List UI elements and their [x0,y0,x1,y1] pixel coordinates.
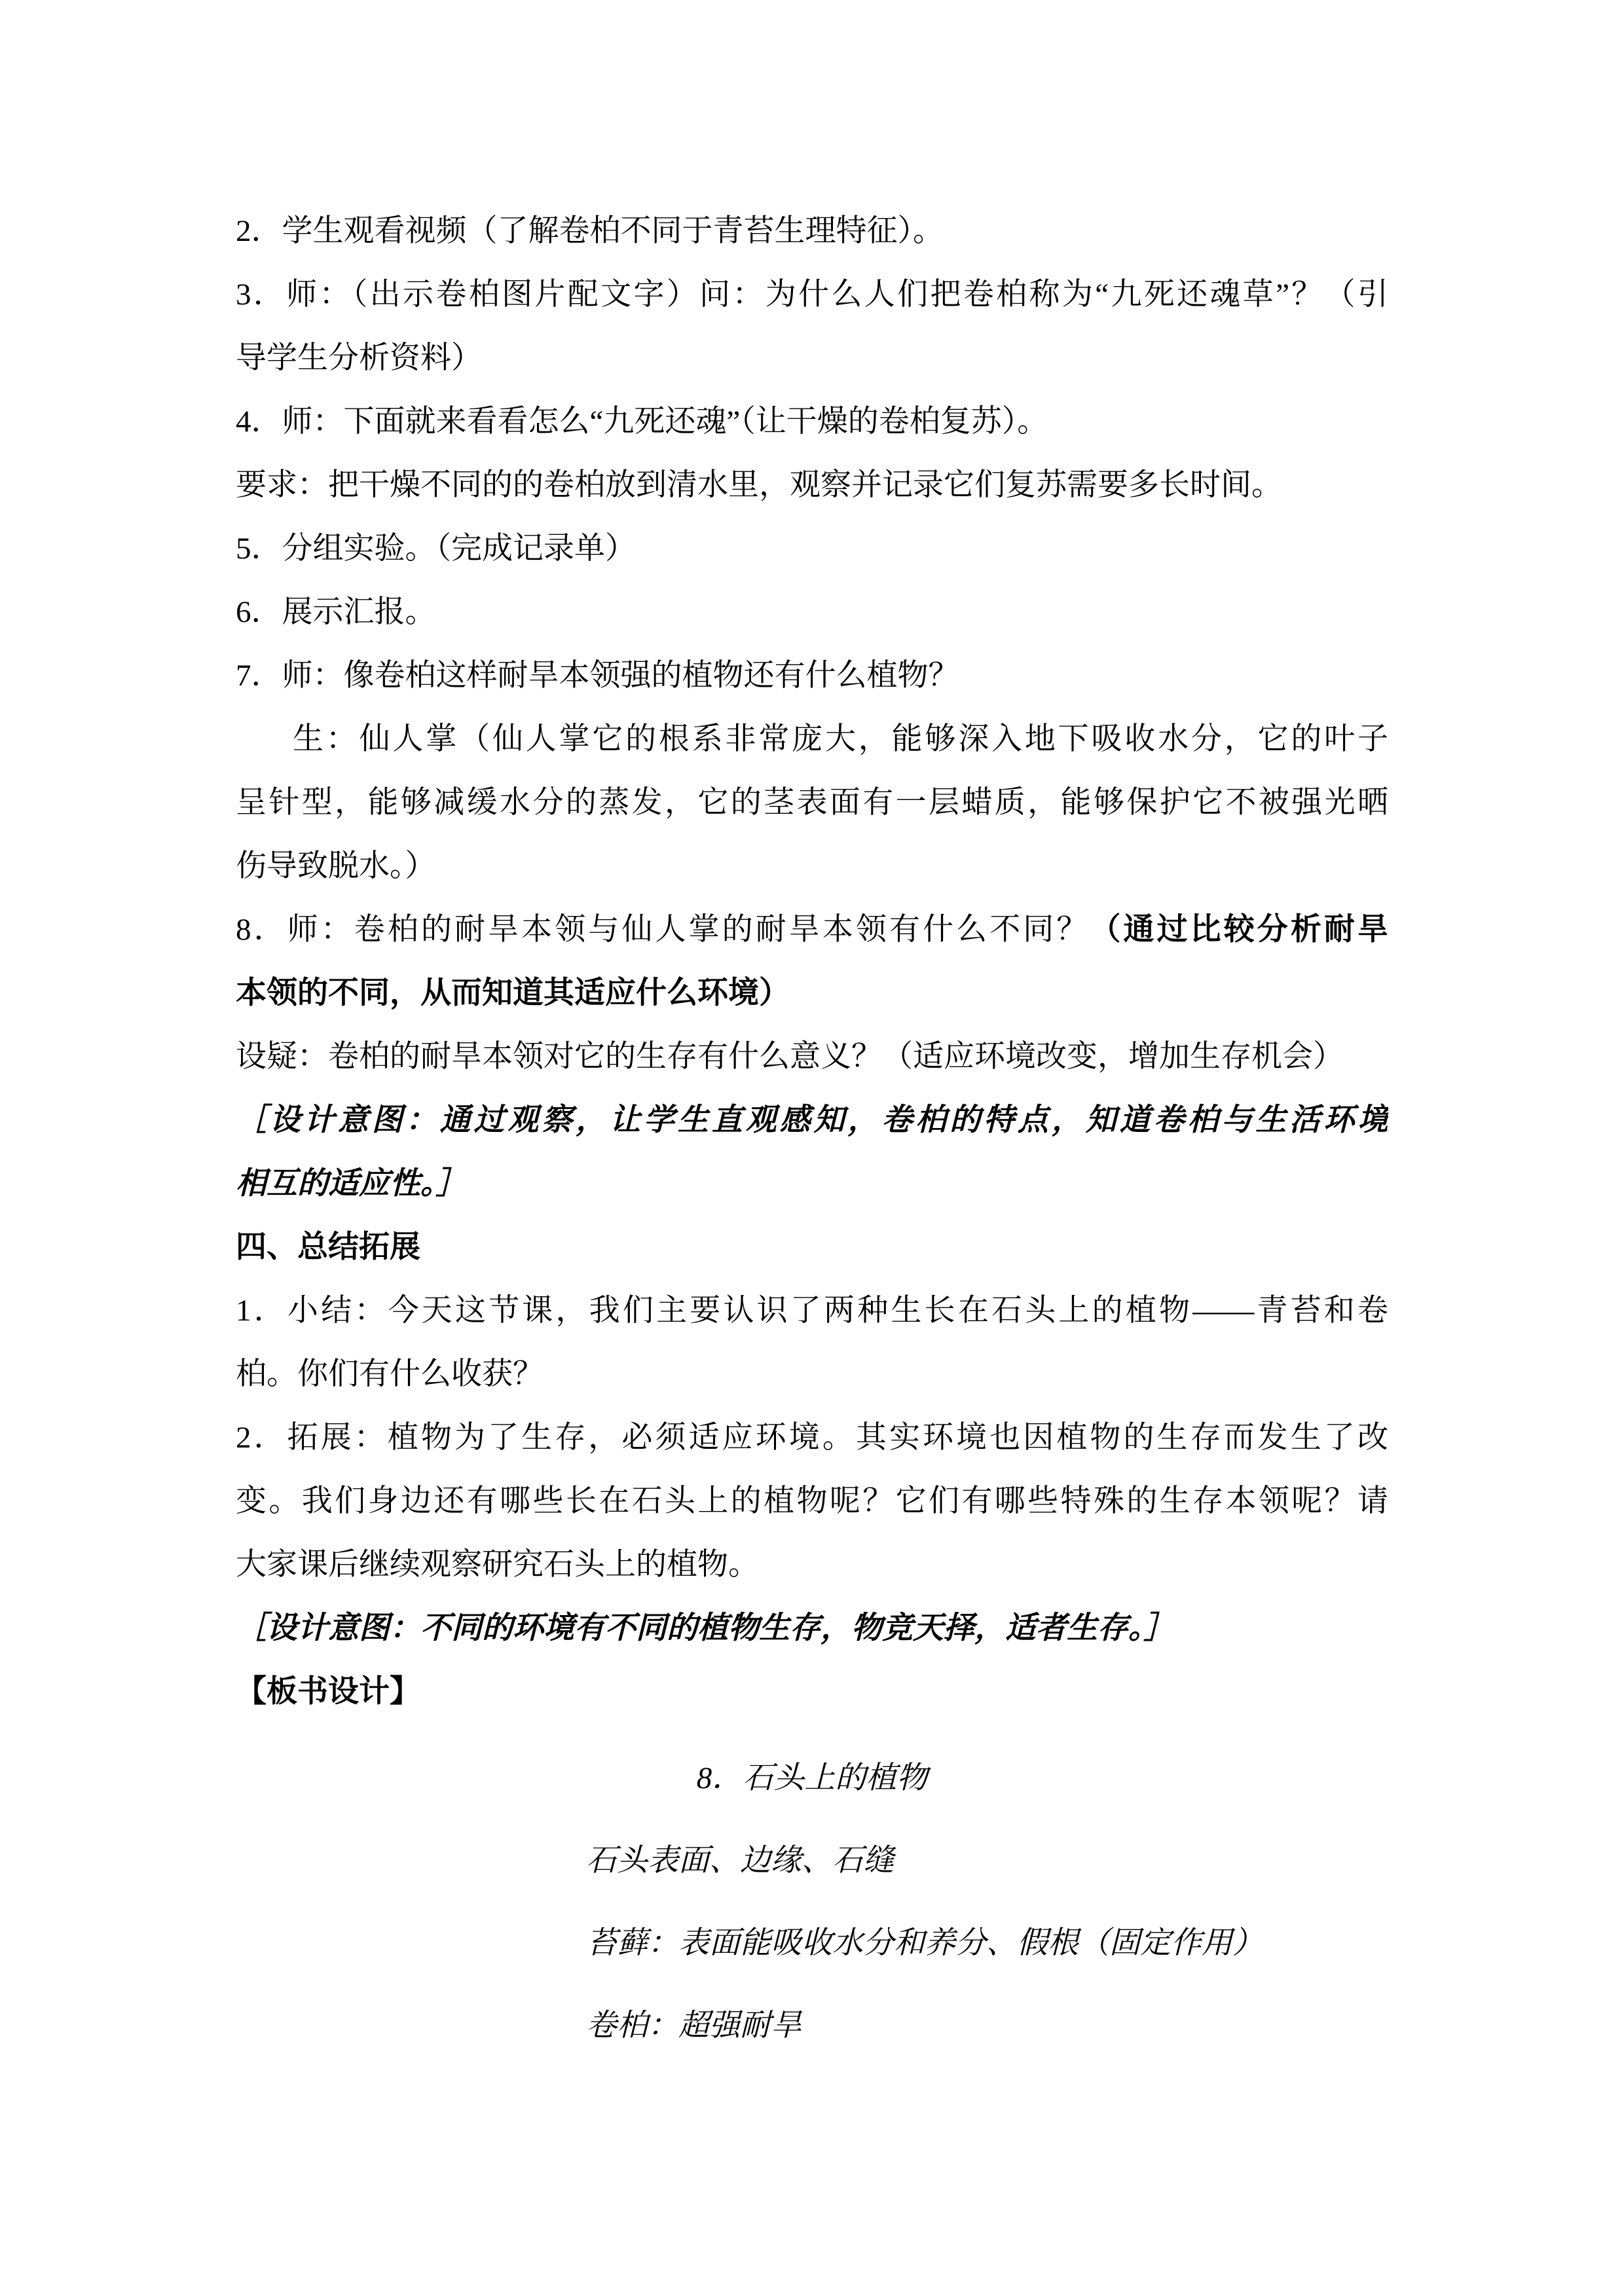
text-line: 生：仙人掌（仙人掌它的根系非常庞大，能够深入地下吸收水分，它的叶子 [236,708,1388,771]
text-line: 呈针型，能够减缓水分的蒸发，它的茎表面有一层蜡质，能够保护它不被强光晒 [236,771,1388,835]
text-line: 本领的不同，从而知道其适应什么环境） [236,962,1388,1025]
text-line: 柏。你们有什么收获？ [236,1343,1388,1406]
text-line: 4．师：下面就来看看怎么“九死还魂”（让干燥的卷柏复苏）。 [236,390,1388,454]
text-line: 四、总结拓展 [236,1216,1388,1279]
text-line: 8．师：卷柏的耐旱本领与仙人掌的耐旱本领有什么不同？（通过比较分析耐旱 [236,898,1388,962]
text-line: 6．展示汇报。 [236,581,1388,644]
text-line: 5．分组实验。（完成记录单） [236,517,1388,581]
text-line: 1．小结：今天这节课，我们主要认识了两种生长在石头上的植物——青苔和卷 [236,1279,1388,1343]
text-line: 【板书设计】 [236,1660,1388,1724]
text-line: 要求：把干燥不同的的卷柏放到清水里，观察并记录它们复苏需要多长时间。 [236,454,1388,517]
text-line: 大家课后继续观察研究石头上的植物。 [236,1533,1388,1597]
text-line: 导学生分析资料） [236,327,1388,390]
text-line: 相互的适应性。］ [236,1152,1388,1216]
text-line: ［设计意图：不同的环境有不同的植物生存，物竞天择，适者生存。］ [236,1597,1388,1660]
text-segment: （通过比较分析耐旱 [1090,913,1388,947]
text-line: 3．师：（出示卷柏图片配文字）问：为什么人们把卷柏称为“九死还魂草”？（引 [236,263,1388,327]
board-design-lines: 石头表面、边缘、石缝苔藓：表面能吸收水分和养分、假根（固定作用）卷柏：超强耐旱 [236,1819,1388,2067]
board-design-title: 8．石头上的植物 [236,1737,1388,1819]
text-line: 2．拓展：植物为了生存，必须适应环境。其实环境也因植物的生存而发生了改 [236,1406,1388,1470]
document-body: 2．学生观看视频（了解卷柏不同于青苔生理特征）。3．师：（出示卷柏图片配文字）问… [236,200,1388,1724]
board-design-line: 石头表面、边缘、石缝 [586,1819,1388,1902]
board-design-section: 8．石头上的植物 石头表面、边缘、石缝苔藓：表面能吸收水分和养分、假根（固定作用… [236,1737,1388,2067]
document-page: 2．学生观看视频（了解卷柏不同于青苔生理特征）。3．师：（出示卷柏图片配文字）问… [0,0,1624,2296]
text-segment: 8．师：卷柏的耐旱本领与仙人掌的耐旱本领有什么不同？ [236,913,1090,947]
board-design-line: 苔藓：表面能吸收水分和养分、假根（固定作用） [586,1902,1388,1984]
board-design-line: 卷柏：超强耐旱 [586,1984,1388,2067]
text-line: 伤导致脱水。） [236,835,1388,898]
text-line: 7．师：像卷柏这样耐旱本领强的植物还有什么植物？ [236,644,1388,708]
text-line: 变。我们身边还有哪些长在石头上的植物呢？它们有哪些特殊的生存本领呢？请 [236,1470,1388,1533]
document-content: 2．学生观看视频（了解卷柏不同于青苔生理特征）。3．师：（出示卷柏图片配文字）问… [236,200,1388,2067]
text-line: 2．学生观看视频（了解卷柏不同于青苔生理特征）。 [236,200,1388,263]
text-line: ［设计意图：通过观察，让学生直观感知，卷柏的特点，知道卷柏与生活环境 [236,1089,1388,1152]
text-line: 设疑：卷柏的耐旱本领对它的生存有什么意义？（适应环境改变，增加生存机会） [236,1025,1388,1089]
